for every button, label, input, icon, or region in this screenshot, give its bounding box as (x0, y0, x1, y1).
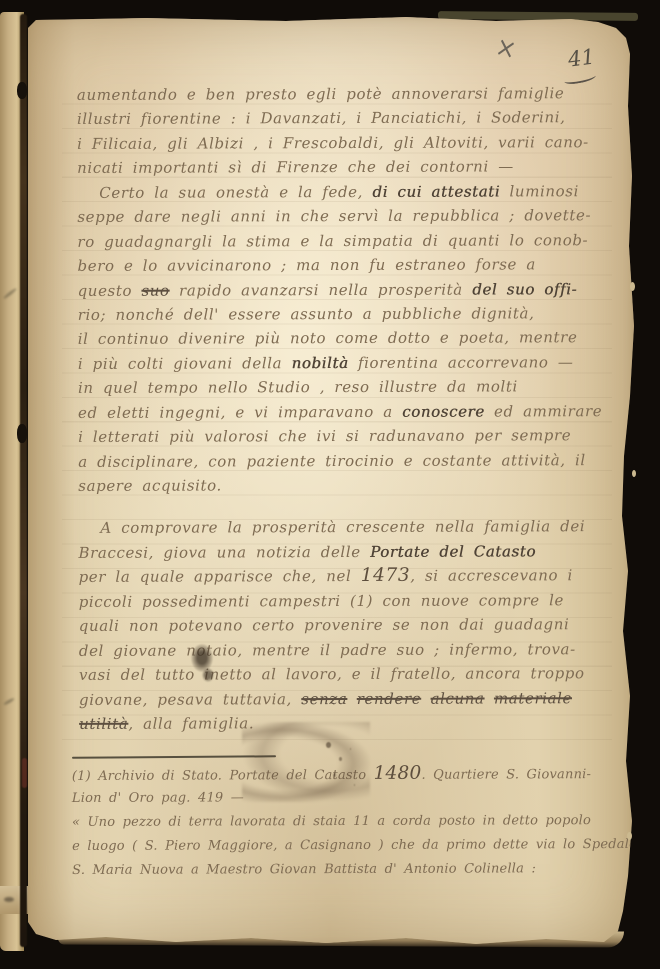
handwritten-text: . Quartiere S. Giovanni- (421, 767, 591, 783)
handwritten-text: , si accrescevano i (410, 567, 573, 586)
handwritten-text: A comprovare la prosperità crescente nel… (100, 518, 585, 538)
binding-stitch (17, 82, 27, 99)
handwritten-text: ed ammirare (485, 402, 603, 420)
manuscript-line: questo suo rapido avanzarsi nella prospe… (78, 277, 612, 303)
manuscript-body: aumentando e ben presto egli potè annove… (77, 81, 613, 736)
paper-edge-crumb (630, 282, 635, 291)
manuscript-line: rio; nonché dell' essere assunto a pubbl… (78, 301, 612, 327)
handwritten-text: quali non potevano certo provenire se no… (79, 615, 570, 635)
manuscript-line: piccoli possedimenti campestri (1) con n… (79, 588, 613, 614)
handwritten-text: in quel tempo nello Studio , reso illust… (78, 378, 518, 398)
manuscript-line: in quel tempo nello Studio , reso illust… (78, 374, 612, 400)
struck-through-word: rendere (357, 689, 421, 707)
handwritten-text: , alla famiglia. (128, 714, 254, 732)
handwritten-text: del giovane notaio, mentre il padre suo … (79, 640, 576, 660)
handwritten-text: a disciplinare, con paziente tirocinio e… (78, 451, 586, 471)
manuscript-line: i Filicaia, gli Albizi , i Frescobaldi, … (77, 130, 611, 156)
handwritten-text: per la quale apparisce che, nel (79, 567, 361, 586)
manuscript-line: a disciplinare, con paziente tirocinio e… (78, 448, 612, 474)
manuscript-line: Braccesi, giova una notizia delle Portat… (78, 539, 612, 565)
manuscript-line: i letterati più valorosi che ivi si radu… (78, 423, 612, 449)
handwritten-text: sapere acquisito. (78, 476, 222, 495)
handwritten-text: vasi del tutto inetto al lavoro, e il fr… (79, 664, 585, 684)
handwritten-text: questo (78, 281, 142, 299)
manuscript-line: bero e lo avvicinarono ; ma non fu estra… (77, 252, 611, 278)
handwritten-text: e luogo ( S. Piero Maggiore, a Casignano… (72, 837, 657, 854)
manuscript-line: Certo la sua onestà e la fede, di cui at… (77, 179, 611, 205)
page-number: 41 (567, 44, 596, 71)
manuscript-line: quali non potevano certo provenire se no… (79, 612, 613, 638)
handwritten-text: aumentando e ben presto egli potè annove… (77, 84, 565, 104)
handwritten-text: S. Maria Nuova a Maestro Giovan Battista… (72, 861, 536, 878)
manuscript-line: giovane, pesava tuttavia, senza rendere … (79, 686, 613, 712)
handwritten-text: luminosi (500, 182, 579, 200)
manuscript-line: ed eletti ingegni, e vi imparavano a con… (78, 399, 612, 425)
page-stack-edge-top (438, 11, 638, 21)
manuscript-line: nicati importanti sì di Firenze che dei … (77, 154, 611, 180)
manuscript-line: vasi del tutto inetto al lavoro, e il fr… (79, 661, 613, 687)
manuscript-line: il continuo divenire più noto come dotto… (78, 325, 612, 351)
struck-through-word: senza (301, 689, 347, 707)
handwritten-text: ed eletti ingegni, e vi imparavano a (78, 402, 402, 421)
struck-through-word: alcuna (431, 689, 485, 707)
handwritten-text: 1480 (374, 763, 422, 784)
handwritten-text: Braccesi, giova una notizia delle (78, 543, 370, 562)
handwritten-text: conoscere (402, 402, 485, 420)
handwritten-text: rio; nonché dell' essere assunto a pubbl… (78, 304, 535, 324)
handwritten-text: di cui attestati (372, 182, 500, 200)
manuscript-line: A comprovare la prosperità crescente nel… (78, 515, 612, 541)
handwritten-text: rapido avanzarsi nella prosperità (170, 280, 473, 299)
handwritten-text: giovane, pesava tuttavia, (79, 690, 301, 709)
manuscript-line: S. Maria Nuova a Maestro Giovan Battista… (72, 857, 624, 883)
handwritten-text: seppe dare negli anni in che servì la re… (77, 206, 591, 226)
handwritten-text: del suo offi- (472, 280, 577, 298)
handwritten-text: Certo la sua onestà e la fede, (99, 183, 372, 202)
handwritten-text: bero e lo avvicinarono ; ma non fu estra… (77, 255, 535, 275)
handwritten-text: Lion d' Oro pag. 419 — (72, 790, 244, 806)
handwritten-text: piccoli possedimenti campestri (1) con n… (79, 591, 564, 611)
handwritten-text: i Filicaia, gli Albizi , i Frescobaldi, … (77, 133, 589, 153)
pencil-x-mark: × (492, 30, 519, 66)
manuscript-line: aumentando e ben presto egli potè annove… (77, 81, 611, 107)
manuscript-line: e luogo ( S. Piero Maggiore, a Casignano… (72, 833, 624, 859)
struck-through-word: suo (141, 281, 169, 299)
ink-smudge-ring (242, 722, 370, 802)
manuscript-line: sapere acquisito. (78, 472, 612, 498)
handwritten-text: ro guadagnargli la stima e la simpatia d… (77, 231, 588, 251)
manuscript-line: « Uno pezzo di terra lavorata di staia 1… (72, 809, 624, 835)
handwritten-text (421, 689, 430, 707)
handwritten-text: i più colti giovani della (78, 354, 292, 373)
handwritten-text: fiorentina accorrevano — (349, 353, 574, 372)
ink-blot (202, 668, 214, 682)
paper-edge-crumb (632, 470, 636, 477)
struck-through-word: utilità (79, 715, 128, 733)
handwritten-text (485, 689, 494, 707)
handwritten-text: 1473 (361, 565, 411, 586)
paper-edge-crumb (627, 832, 632, 840)
manuscript-line: ro guadagnargli la stima e la simpatia d… (77, 228, 611, 254)
handwritten-text: i letterati più valorosi che ivi si radu… (78, 426, 571, 446)
struck-through-word: materiale (494, 689, 572, 707)
handwritten-text: nicati importanti sì di Firenze che dei … (77, 158, 514, 178)
handwritten-text: illustri fiorentine : i Davanzati, i Pan… (77, 109, 566, 129)
handwritten-text: nobiltà (291, 354, 348, 372)
binding-stitch (17, 424, 27, 443)
handwritten-text: Portate del Catasto (370, 542, 536, 561)
handwritten-text: il continuo divenire più noto come dotto… (78, 329, 578, 349)
ink-smudge-dots (326, 742, 331, 748)
manuscript-line: del giovane notaio, mentre il padre suo … (79, 637, 613, 663)
handwritten-text: « Uno pezzo di terra lavorata di staia 1… (72, 813, 591, 830)
ink-bleed-mark (4, 897, 14, 902)
binding-gutter-seam (20, 14, 27, 947)
manuscript-line: seppe dare negli anni in che servì la re… (77, 203, 611, 229)
book-scan-scene: × 41 aumentando e ben presto egli potè a… (0, 0, 660, 969)
manuscript-page: × 41 aumentando e ben presto egli potè a… (26, 16, 634, 948)
red-ink-smear (22, 758, 27, 788)
handwritten-text (347, 689, 356, 707)
manuscript-line: i più colti giovani della nobiltà fioren… (78, 350, 612, 376)
manuscript-line: per la quale apparisce che, nel 1473, si… (79, 563, 613, 589)
manuscript-line: illustri fiorentine : i Davanzati, i Pan… (77, 106, 611, 132)
